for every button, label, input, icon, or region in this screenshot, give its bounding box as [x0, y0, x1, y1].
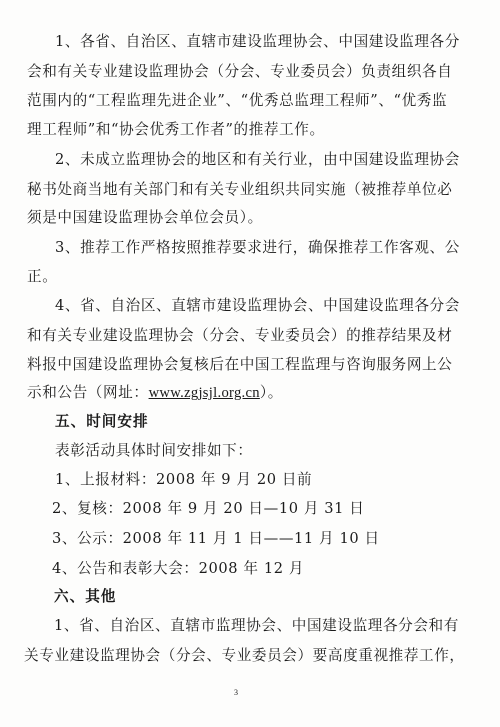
schedule-item-1: 1、上报材料：2008 年 9 月 20 日前	[55, 470, 312, 490]
section-6-line-2: 关专业建设监理协会（分会、专业委员会）要高度重视推荐工作，	[24, 646, 465, 666]
website-link[interactable]: www.zgjsjl.org.cn	[149, 385, 260, 401]
paragraph-2-line-3: 须是中国建设监理协会单位会员）。	[27, 208, 263, 228]
paragraph-3-line-2: 正。	[27, 267, 57, 287]
schedule-item-4: 4、公告和表彰大会：2008 年 12 月	[52, 559, 304, 579]
paragraph-1-line-1: 1、各省、自治区、直辖市建设监理协会、中国建设监理各分	[55, 32, 460, 52]
paragraph-4-line-1: 4、省、自治区、直辖市建设监理协会、中国建设监理各分会	[55, 296, 460, 316]
schedule-item-3: 3、公示：2008 年 11 月 1 日——11 月 10 日	[52, 529, 380, 549]
paragraph-4-line-3: 料报中国建设监理协会复核后在中国工程监理与咨询服务网上公	[27, 355, 452, 375]
paragraph-2-line-1: 2、未成立监理协会的地区和有关行业，由中国建设监理协会	[55, 150, 460, 170]
paragraph-3-line-1: 3、推荐工作严格按照推荐要求进行，确保推荐工作客观、公	[55, 238, 460, 258]
schedule-item-2: 2、复核：2008 年 9 月 20 日—10 月 31 日	[52, 499, 364, 519]
section-6-line-1: 1、省、自治区、直辖市监理协会、中国建设监理各分会和有	[54, 616, 459, 636]
paragraph-4-line-2: 和有关专业建设监理协会（分会、专业委员会）的推荐结果及材	[27, 326, 452, 346]
url-suffix: ）。	[260, 384, 283, 401]
paragraph-4-line-4: 示和公告（网址：www.zgjsjl.org.cn）。	[27, 383, 283, 403]
section-6-heading: 六、其他	[54, 587, 116, 607]
section-5-heading: 五、时间安排	[55, 412, 149, 432]
paragraph-2-line-2: 秘书处商当地有关部门和有关专业组织共同实施（被推荐单位必	[27, 180, 452, 200]
section-5-intro: 表彰活动具体时间安排如下：	[55, 441, 253, 461]
paragraph-1-line-4: 理工程师”和“协会优秀工作者”的推荐工作。	[27, 120, 325, 140]
url-prefix: 示和公告（网址：	[27, 384, 149, 401]
paragraph-1-line-2: 会和有关专业建设监理协会（分会、专业委员会）负责组织各自	[27, 62, 452, 82]
page-number: 3	[234, 688, 238, 697]
paragraph-1-line-3: 范围内的“工程监理先进企业”、“优秀总监理工程师”、“优秀监	[27, 91, 447, 111]
